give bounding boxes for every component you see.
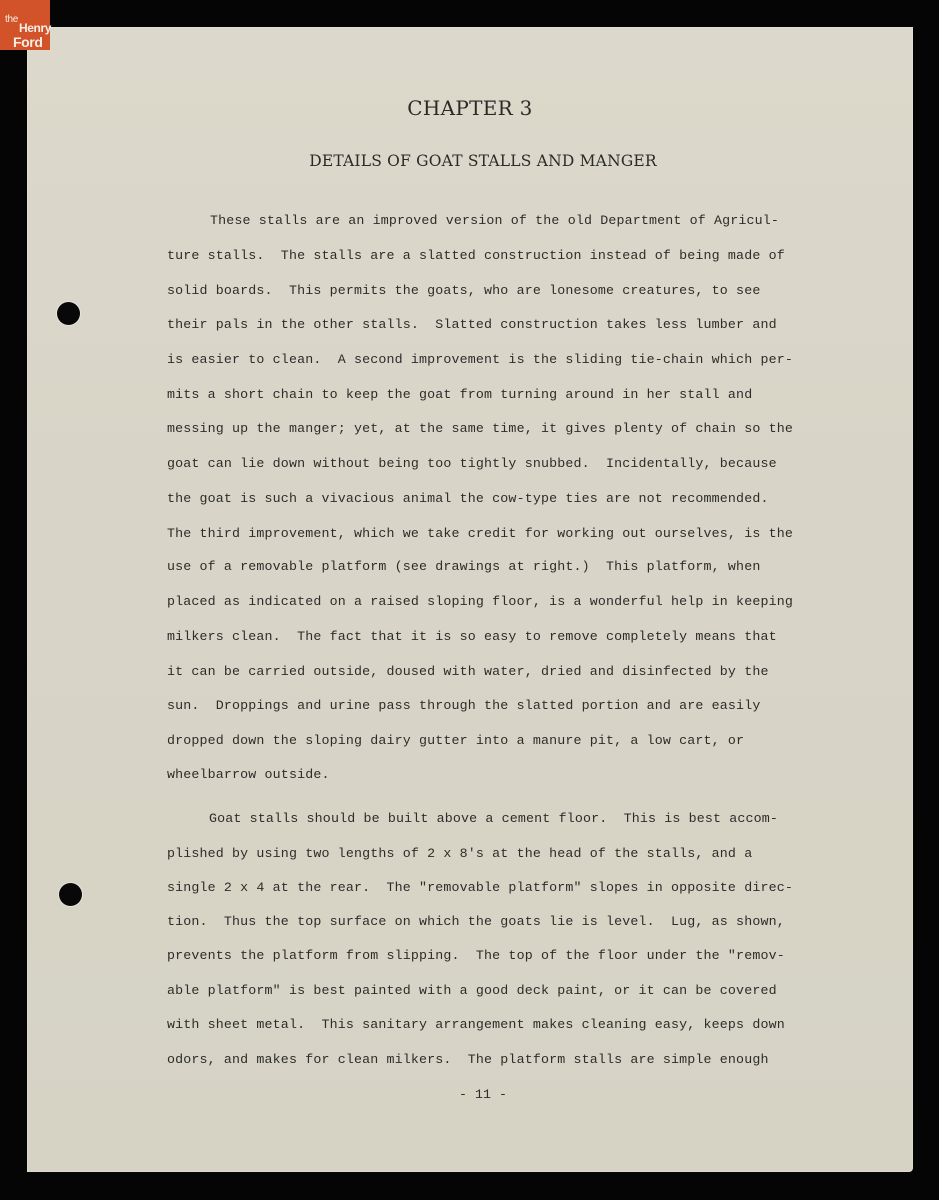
logo-text-ford: Ford [13, 35, 43, 49]
paragraph-1-line: solid boards. This permits the goats, wh… [167, 283, 760, 298]
punch-hole-icon [59, 883, 82, 906]
paragraph-1-line: These stalls are an improved version of … [210, 213, 779, 228]
paragraph-1-line: sun. Droppings and urine pass through th… [167, 698, 760, 713]
document-page: CHAPTER 3 DETAILS OF GOAT STALLS AND MAN… [27, 27, 913, 1172]
paragraph-1-line: The third improvement, which we take cre… [167, 526, 793, 541]
paragraph-1-line: milkers clean. The fact that it is so ea… [167, 629, 777, 644]
paragraph-2-line: tion. Thus the top surface on which the … [167, 914, 785, 929]
paragraph-1-line: the goat is such a vivacious animal the … [167, 491, 769, 506]
logo-text-henry: Henry [19, 22, 51, 34]
punch-hole-icon [57, 302, 80, 325]
paragraph-1-line: mits a short chain to keep the goat from… [167, 387, 752, 402]
paragraph-1-line: wheelbarrow outside. [167, 767, 330, 782]
paragraph-2-line: single 2 x 4 at the rear. The "removable… [167, 880, 793, 895]
scan-viewport: the Henry Ford CHAPTER 3 DETAILS OF GOAT… [0, 0, 939, 1200]
paragraph-1-line: goat can lie down without being too tigh… [167, 456, 777, 471]
paragraph-2-line: with sheet metal. This sanitary arrangem… [167, 1017, 785, 1032]
paragraph-1-line: ture stalls. The stalls are a slatted co… [167, 248, 785, 263]
paragraph-2-line: able platform" is best painted with a go… [167, 983, 777, 998]
chapter-title: CHAPTER 3 [27, 96, 913, 120]
paragraph-1-line: messing up the manger; yet, at the same … [167, 421, 793, 436]
paragraph-1-line: dropped down the sloping dairy gutter in… [167, 733, 744, 748]
paragraph-2-line: plished by using two lengths of 2 x 8's … [167, 846, 752, 861]
paragraph-1-line: placed as indicated on a raised sloping … [167, 594, 793, 609]
paragraph-1-line: it can be carried outside, doused with w… [167, 664, 769, 679]
paragraph-2-line: Goat stalls should be built above a ceme… [209, 811, 778, 826]
henry-ford-logo: the Henry Ford [0, 0, 50, 50]
logo-text-the: the [5, 15, 18, 25]
chapter-subtitle: DETAILS OF GOAT STALLS AND MANGER [27, 152, 913, 170]
paragraph-1-line: use of a removable platform (see drawing… [167, 559, 760, 574]
paragraph-2-line: prevents the platform from slipping. The… [167, 948, 785, 963]
paragraph-2-line: odors, and makes for clean milkers. The … [167, 1052, 769, 1067]
paragraph-1-line: is easier to clean. A second improvement… [167, 352, 793, 367]
paragraph-1-line: their pals in the other stalls. Slatted … [167, 317, 777, 332]
page-number: - 11 - [27, 1087, 913, 1102]
